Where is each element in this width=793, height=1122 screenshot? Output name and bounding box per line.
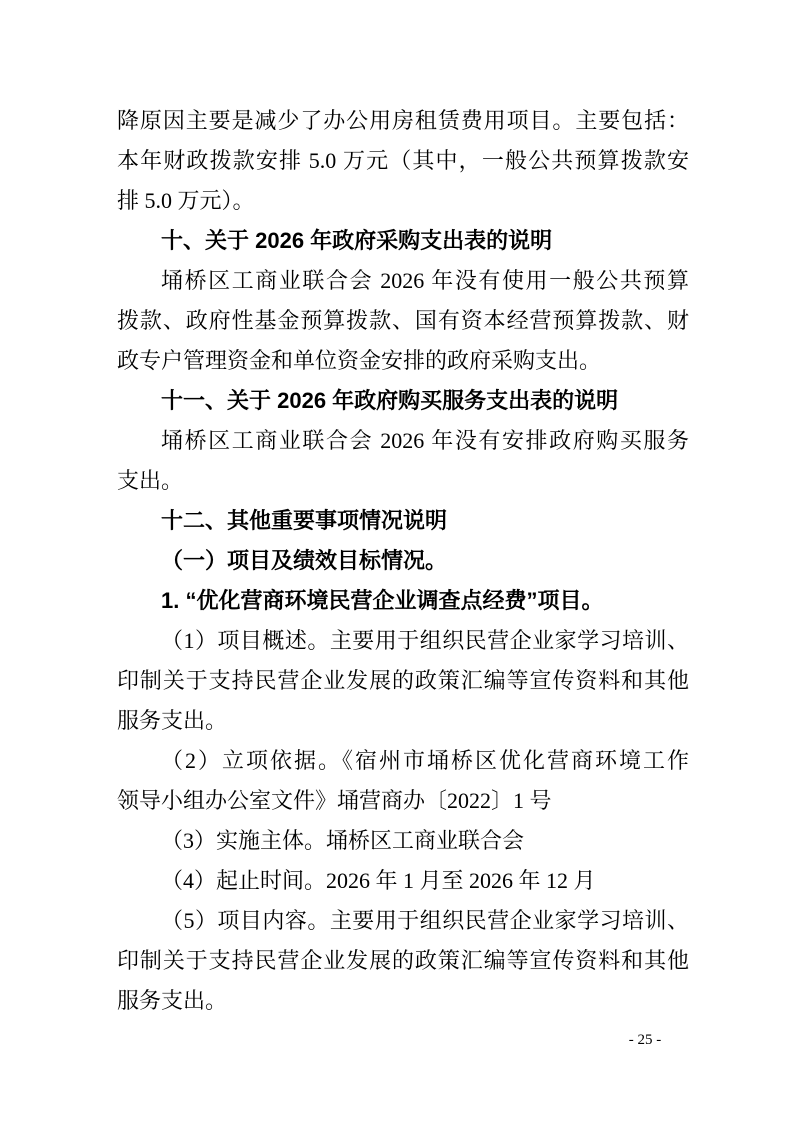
text-line: 埇桥区工商业联合会 2026 年没有使用一般公共预算 [117,261,689,301]
text-line: 服务支出。 [117,701,689,741]
document-body: 降原因主要是减少了办公用房租赁费用项目。主要包括： 本年财政拨款安排 5.0 万… [117,101,689,1021]
text-line: 印制关于支持民营企业发展的政策汇编等宣传资料和其他 [117,661,689,701]
paragraph-project-basis: （2）立项依据。《宿州市埇桥区优化营商环境工作 领导小组办公室文件》埇营商办〔2… [117,741,689,821]
text-line: 支出。 [117,461,689,501]
text-line: 排 5.0 万元）。 [117,181,689,221]
text-line: 政专户管理资金和单位资金安排的政府采购支出。 [117,341,689,381]
heading-section-ten: 十、关于 2026 年政府采购支出表的说明 [117,221,689,261]
text-line: 服务支出。 [117,981,689,1021]
text-line: 拨款、政府性基金预算拨款、国有资本经营预算拨款、财 [117,301,689,341]
text-line: （5）项目内容。主要用于组织民营企业家学习培训、 [117,901,689,941]
heading-line: 十二、其他重要事项情况说明 [117,501,689,541]
text-line: （3）实施主体。埇桥区工商业联合会 [117,821,689,861]
heading-section-eleven: 十一、关于 2026 年政府购买服务支出表的说明 [117,381,689,421]
text-line: 领导小组办公室文件》埇营商办〔2022〕1 号 [117,781,689,821]
paragraph-project-implementer: （3）实施主体。埇桥区工商业联合会 [117,821,689,861]
text-line: 埇桥区工商业联合会 2026 年没有安排政府购买服务 [117,421,689,461]
text-line: 本年财政拨款安排 5.0 万元（其中，一般公共预算拨款安 [117,141,689,181]
text-line: 印制关于支持民营企业发展的政策汇编等宣传资料和其他 [117,941,689,981]
paragraph-gov-purchase-service: 埇桥区工商业联合会 2026 年没有安排政府购买服务 支出。 [117,421,689,501]
paragraph-project-content: （5）项目内容。主要用于组织民营企业家学习培训、 印制关于支持民营企业发展的政策… [117,901,689,1021]
paragraph-funding-carryover: 降原因主要是减少了办公用房租赁费用项目。主要包括： 本年财政拨款安排 5.0 万… [117,101,689,221]
heading-line: 十一、关于 2026 年政府购买服务支出表的说明 [117,381,689,421]
paragraph-gov-procurement: 埇桥区工商业联合会 2026 年没有使用一般公共预算 拨款、政府性基金预算拨款、… [117,261,689,381]
text-line: （4）起止时间。2026 年 1 月至 2026 年 12 月 [117,861,689,901]
text-line: 降原因主要是减少了办公用房租赁费用项目。主要包括： [117,101,689,141]
heading-line: 1. “优化营商环境民营企业调查点经费”项目。 [117,581,689,621]
document-page: 降原因主要是减少了办公用房租赁费用项目。主要包括： 本年财政拨款安排 5.0 万… [0,0,793,1122]
heading-project-item-1: 1. “优化营商环境民营企业调查点经费”项目。 [117,581,689,621]
heading-section-twelve: 十二、其他重要事项情况说明 [117,501,689,541]
heading-project-performance: （一）项目及绩效目标情况。 [117,541,689,581]
heading-line: （一）项目及绩效目标情况。 [117,541,689,581]
paragraph-project-overview: （1）项目概述。主要用于组织民营企业家学习培训、 印制关于支持民营企业发展的政策… [117,621,689,741]
text-line: （1）项目概述。主要用于组织民营企业家学习培训、 [117,621,689,661]
page-number: - 25 - [604,1030,686,1050]
text-line: （2）立项依据。《宿州市埇桥区优化营商环境工作 [117,741,689,781]
paragraph-project-period: （4）起止时间。2026 年 1 月至 2026 年 12 月 [117,861,689,901]
heading-line: 十、关于 2026 年政府采购支出表的说明 [117,221,689,261]
